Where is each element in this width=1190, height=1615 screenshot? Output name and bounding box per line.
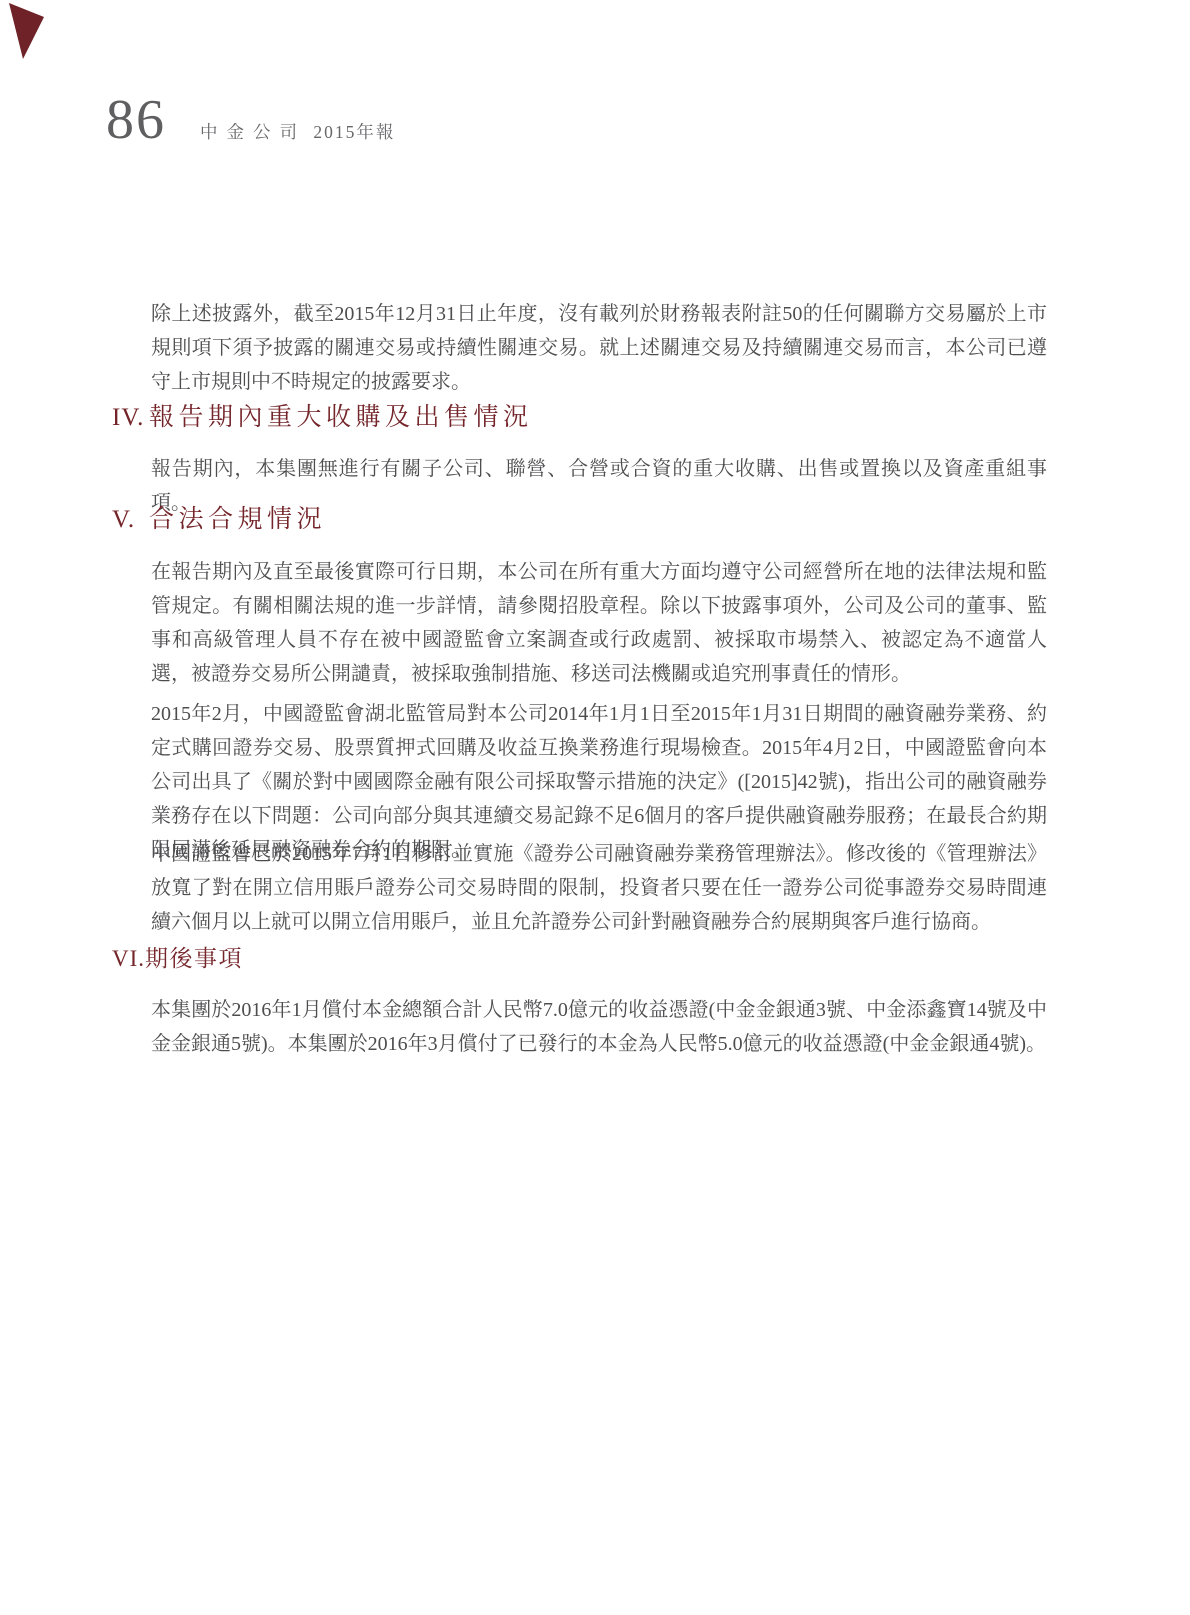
section-heading-vi: VI.期後事項 <box>112 945 243 973</box>
section-vi-paragraph: 本集團於2016年1月償付本金總額合計人民幣7.0億元的收益憑證(中金金銀通3號… <box>151 993 1047 1061</box>
section-v-paragraph-3: 中國證監會已於2015年7月1日修訂並實施《證券公司融資融券業務管理辦法》。修改… <box>151 837 1047 939</box>
section-number: VI. <box>112 945 145 973</box>
section-title: 報告期內重大收購及出售情況 <box>149 404 533 431</box>
report-year-label: 2015年報 <box>313 122 395 142</box>
section-heading-v: V.合法合規情況 <box>112 505 326 535</box>
section-heading-iv: IV.報告期內重大收購及出售情況 <box>112 403 533 433</box>
page-number: 86 <box>106 92 166 148</box>
intro-paragraph: 除上述披露外，截至2015年12月31日止年度，沒有載列於財務報表附註50的任何… <box>151 297 1047 399</box>
section-number: V. <box>112 505 149 535</box>
section-v-paragraph-1: 在報告期內及直至最後實際可行日期，本公司在所有重大方面均遵守公司經營所在地的法律… <box>151 555 1047 691</box>
corner-ribbon-icon <box>0 0 52 68</box>
report-page: 86 中金公司 2015年報 除上述披露外，截至2015年12月31日止年度，沒… <box>0 0 1190 1615</box>
section-title: 合法合規情況 <box>149 506 326 533</box>
report-company-name: 中金公司 <box>200 122 306 142</box>
report-header-title: 中金公司 2015年報 <box>200 122 395 143</box>
section-number: IV. <box>112 403 149 433</box>
section-title: 期後事項 <box>145 946 243 971</box>
